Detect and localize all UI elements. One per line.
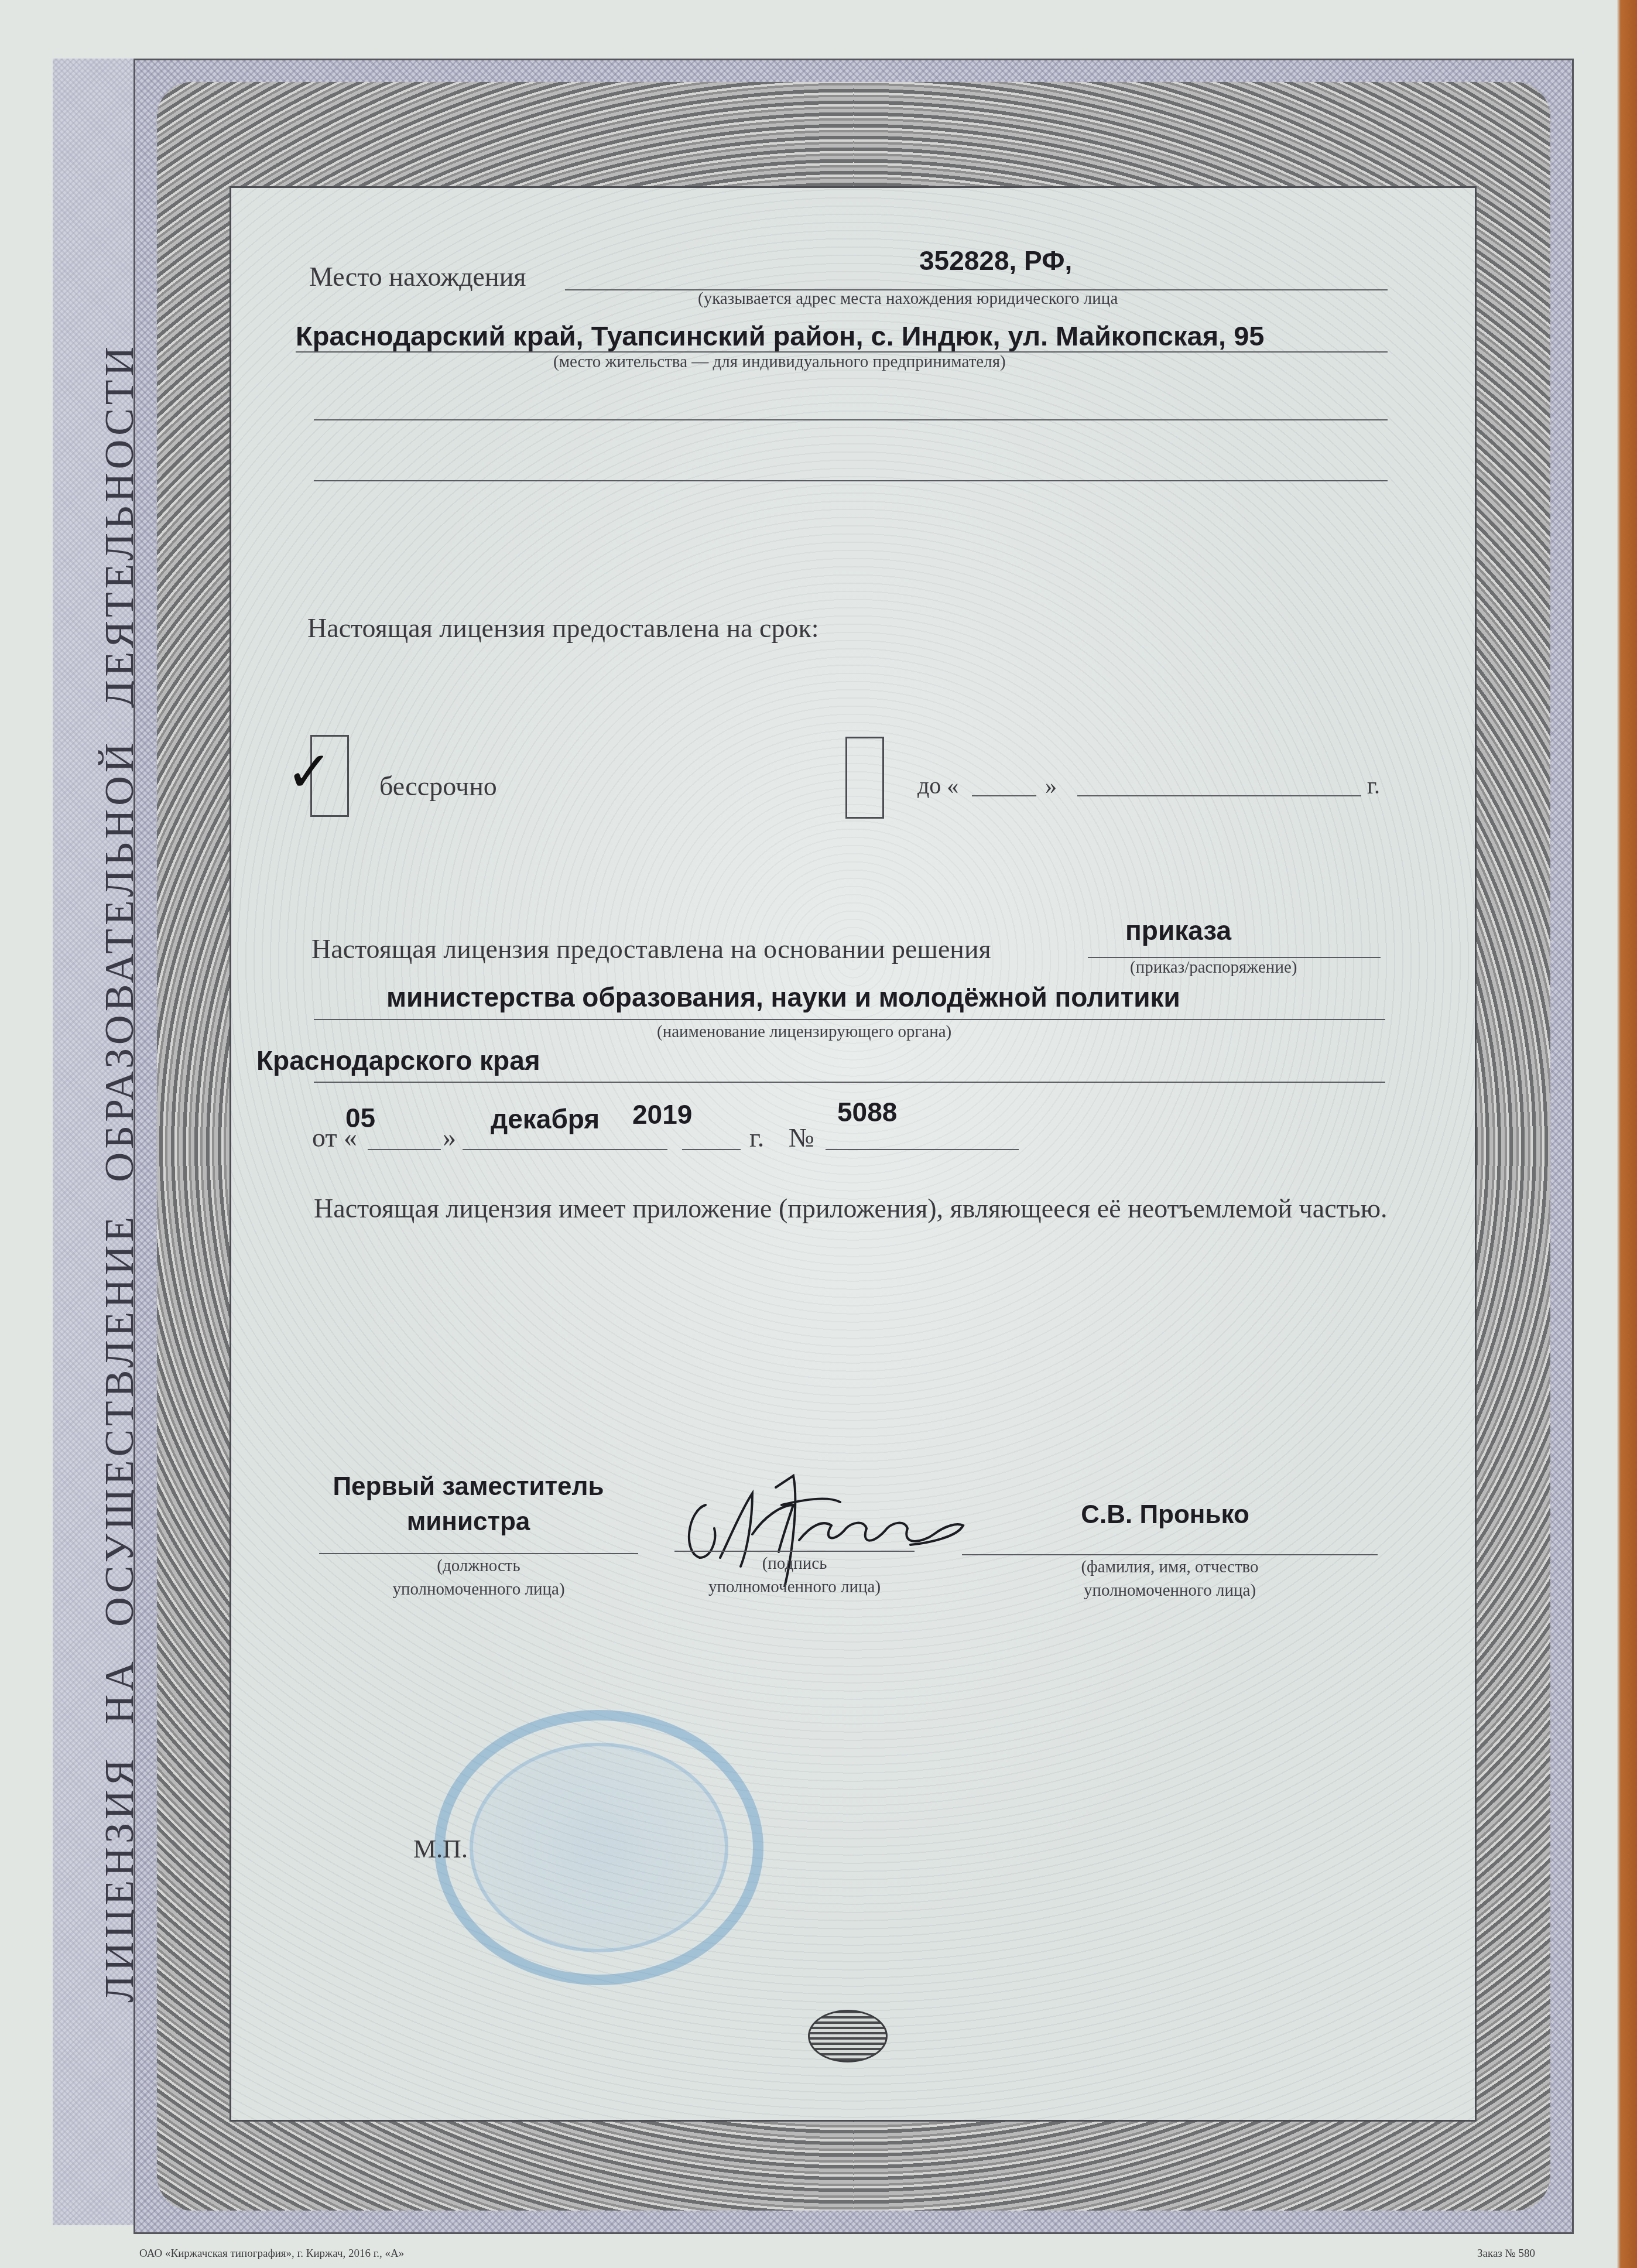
date-quote-close: » — [443, 1122, 456, 1153]
seal-label: М.П. — [413, 1834, 468, 1864]
location-label: Место нахождения — [309, 261, 526, 292]
location-hint-1: (указывается адрес места нахождения юрид… — [698, 289, 1118, 309]
position-line — [319, 1553, 638, 1554]
decision-type-value: приказа — [1125, 915, 1231, 946]
position-line-1: Первый заместитель — [304, 1472, 632, 1501]
location-hint-2: (место жительства — для индивидуального … — [553, 353, 1006, 372]
name-line — [962, 1554, 1378, 1555]
authority-line-2 — [314, 1082, 1385, 1083]
authority-hint: (наименование лицензирующего органа) — [657, 1022, 951, 1042]
date-year: 2019 — [632, 1099, 692, 1130]
date-day-line — [368, 1149, 441, 1150]
until-day-line — [972, 795, 1036, 796]
basis-label: Настоящая лицензия предоставлена на осно… — [311, 933, 991, 964]
name-hint-1: (фамилия, имя, отчество — [962, 1558, 1378, 1577]
indefinite-label: бессрочно — [379, 771, 497, 802]
number-line — [826, 1149, 1019, 1150]
until-date-checkbox[interactable] — [845, 737, 884, 819]
position-line-2: министра — [304, 1507, 632, 1537]
signature-line — [674, 1551, 915, 1552]
until-prefix: до « — [917, 772, 958, 799]
check-mark-icon: ✓ — [286, 739, 333, 805]
appendix-text: Настоящая лицензия имеет приложение (при… — [314, 1192, 1389, 1226]
term-heading: Настоящая лицензия предоставлена на срок… — [307, 613, 819, 644]
until-year-suffix: г. — [1367, 772, 1380, 799]
until-prefix-text: до « — [917, 772, 958, 799]
position-hint-1: (должность — [319, 1557, 638, 1576]
number-sign: № — [789, 1122, 814, 1153]
location-line-4 — [314, 480, 1388, 481]
position-hint-2: уполномоченного лица) — [319, 1580, 638, 1599]
location-value-2: Краснодарский край, Туапсинский район, с… — [296, 320, 1264, 352]
location-value-1: 352828, РФ, — [919, 245, 1072, 276]
until-month-year-line — [1077, 795, 1361, 796]
date-year-suffix: г. — [749, 1122, 764, 1153]
location-line-3 — [314, 419, 1388, 420]
printer-imprint: ОАО «Киржачская типография», г. Киржач, … — [139, 2248, 404, 2260]
order-number: Заказ № 580 — [1477, 2248, 1535, 2260]
date-month-line — [463, 1149, 667, 1150]
date-day: 05 — [345, 1102, 375, 1134]
until-quote-close: » — [1045, 772, 1057, 799]
signature-hint-2: уполномоченного лица) — [674, 1578, 915, 1597]
authority-value-2: Краснодарского края — [256, 1045, 540, 1076]
signature-hint-1: (подпись — [674, 1554, 915, 1573]
date-year-line — [682, 1149, 741, 1150]
signatory-name: С.В. Пронько — [960, 1500, 1370, 1530]
paper-edge — [1617, 0, 1637, 2268]
official-stamp — [434, 1710, 763, 1985]
stamp-emblem-icon — [470, 1743, 728, 1952]
document-body — [231, 188, 1475, 2120]
security-emblem-icon — [808, 2010, 888, 2062]
decision-type-hint: (приказ/распоряжение) — [1130, 958, 1297, 977]
date-month: декабря — [491, 1103, 600, 1135]
name-hint-2: уполномоченного лица) — [962, 1581, 1378, 1600]
decision-number: 5088 — [837, 1096, 897, 1128]
authority-line-1 — [314, 1019, 1385, 1020]
authority-value-1: министерства образования, науки и молодё… — [386, 981, 1180, 1013]
